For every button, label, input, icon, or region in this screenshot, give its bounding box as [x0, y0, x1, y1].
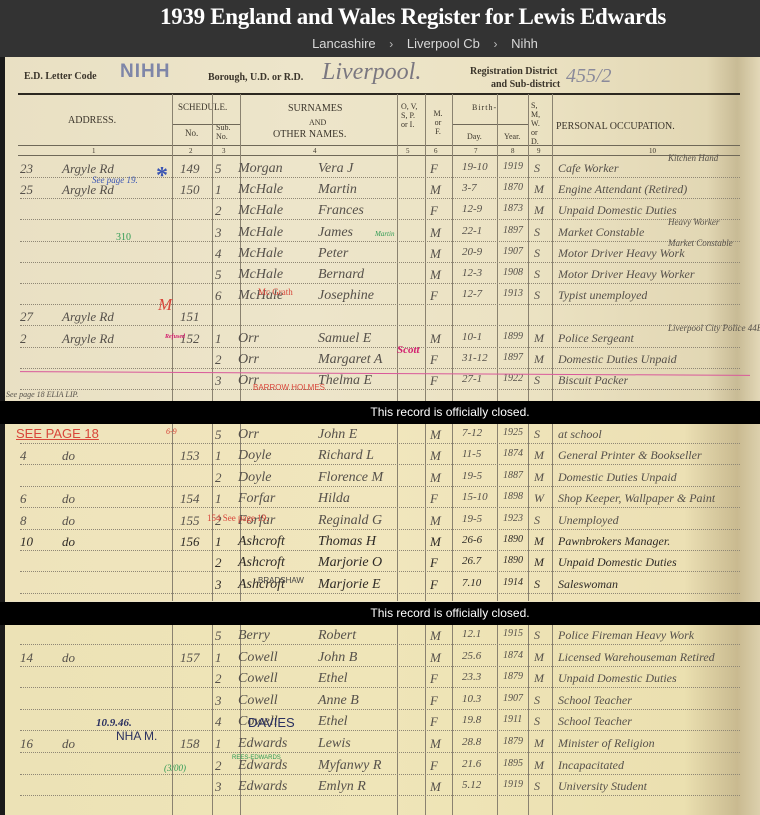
col-surnames: SURNAMES [288, 103, 342, 114]
birth-day: 7-12 [462, 427, 482, 439]
sex: F [430, 491, 438, 507]
marital-status: S [534, 225, 540, 240]
marital-status: S [534, 628, 540, 643]
birth-year: 1913 [503, 288, 523, 299]
col-ovspi: O, V, S, P. or I. [401, 102, 423, 129]
given-names: Anne B [318, 693, 359, 709]
sub-no: 1 [215, 491, 222, 507]
sub-no: 5 [215, 427, 222, 443]
street: do [62, 448, 75, 464]
given-names: John E [318, 427, 357, 443]
occupation: Market Constable [558, 225, 644, 240]
sub-no: 5 [215, 628, 222, 644]
marital-status: W [534, 491, 544, 506]
surname: Cowell [238, 693, 278, 709]
marital-status: M [534, 352, 544, 367]
date-6-9: 6-9 [166, 427, 177, 436]
sex: M [430, 448, 441, 464]
birth-day: 12-7 [462, 288, 482, 300]
barrow-correction: BARROW HOLMES [253, 383, 325, 392]
registration-value: 455/2 [566, 65, 612, 88]
col-day: Day. [467, 132, 482, 141]
mcgrath-correction: Mc Grath [258, 287, 293, 297]
marital-status: M [534, 534, 544, 549]
marital-status: M [534, 470, 544, 485]
marital-status: S [534, 246, 540, 261]
marital-status: M [534, 331, 544, 346]
occupation-note: Kitchen Hand [668, 153, 718, 163]
sub-no: 2 [215, 758, 222, 774]
birth-day: 25.6 [462, 650, 481, 662]
birth-day: 10-1 [462, 331, 482, 343]
birth-year: 1915 [503, 628, 523, 639]
given-names: Vera J [318, 161, 353, 177]
given-names: Peter [318, 246, 348, 262]
surname: McHale [238, 182, 283, 198]
star-mark: * [156, 163, 168, 190]
register-image[interactable]: E.D. Letter Code NIHH Borough, U.D. or R… [0, 57, 760, 815]
occupation: Unpaid Domestic Duties [558, 203, 677, 218]
ed-code-stamp: NIHH [120, 61, 170, 83]
schedule-no: 150 [180, 182, 200, 198]
sub-no: 3 [215, 373, 222, 389]
birth-day: 26.7 [462, 555, 481, 567]
see-page-18-note: See page 18 ELIA LIP. [6, 390, 78, 399]
sex: M [430, 736, 441, 752]
ref-3-00: (3/00) [164, 763, 186, 773]
addr-number: 4 [20, 448, 27, 464]
sex: M [430, 650, 441, 666]
marital-status: S [534, 693, 540, 708]
surname: McHale [238, 203, 283, 219]
marital-status: S [534, 779, 540, 794]
closed-record-banner: This record is officially closed. [0, 602, 760, 625]
registration-label-1: Registration District [470, 66, 557, 77]
birth-year: 1890 [503, 534, 523, 545]
sex: F [430, 161, 438, 177]
marital-status: S [534, 161, 540, 176]
given-names: Emlyn R [318, 779, 366, 795]
marital-status: M [534, 650, 544, 665]
nha-note: NHA M. [116, 729, 157, 743]
surname: Ashcroft [238, 555, 285, 571]
marital-status: M [534, 182, 544, 197]
col-sex: M. or F. [431, 109, 445, 136]
marital-status: M [534, 555, 544, 570]
given-names: James [318, 225, 353, 241]
occupation: Cafe Worker [558, 161, 619, 176]
birth-day: 28.8 [462, 736, 481, 748]
breadcrumb-county[interactable]: Lancashire [312, 36, 376, 51]
birth-day: 19.8 [462, 714, 481, 726]
sex: M [430, 470, 441, 486]
given-names: Thomas H [318, 534, 376, 550]
surname: Edwards [238, 736, 287, 752]
given-names: Ethel [318, 671, 348, 687]
sex: M [430, 534, 441, 550]
marital-status: S [534, 714, 540, 729]
birth-day: 27-1 [462, 373, 482, 385]
sex: F [430, 714, 438, 730]
birth-year: 1907 [503, 693, 523, 704]
birth-day: 22-1 [462, 225, 482, 237]
occupation-note: Liverpool City Police 44E [668, 323, 760, 333]
occupation: Unemployed [558, 513, 619, 528]
schedule-no: 154 [180, 491, 200, 507]
col-schedule: SCHEDULE. [178, 102, 227, 112]
marital-status: S [534, 288, 540, 303]
marital-status: M [534, 448, 544, 463]
birth-day: 19-5 [462, 513, 482, 525]
given-names: Robert [318, 628, 356, 644]
sub-no: 2 [215, 555, 222, 571]
breadcrumb-ed: Nihh [511, 36, 538, 51]
birth-year: 1914 [503, 577, 523, 588]
occupation: Unpaid Domestic Duties [558, 555, 677, 570]
occupation: Incapacitated [558, 758, 624, 773]
breadcrumb-district[interactable]: Liverpool Cb [407, 36, 480, 51]
sub-no: 2 [215, 203, 222, 219]
occupation: Minister of Religion [558, 736, 655, 751]
see-page-note: See page 19. [92, 175, 138, 185]
col-birth: Birth- [472, 103, 497, 112]
code-310: 310 [116, 232, 131, 243]
occupation: Police Sergeant [558, 331, 634, 346]
sex: M [430, 267, 441, 283]
col-schedule-no: No. [185, 128, 198, 138]
schedule-no: 149 [180, 161, 200, 177]
occupation: Domestic Duties Unpaid [558, 352, 677, 367]
street: do [62, 650, 75, 666]
sub-no: 2 [215, 671, 222, 687]
sub-no: 2 [215, 470, 222, 486]
closed-record-banner: This record is officially closed. [0, 401, 760, 424]
scott-note: Scott [397, 344, 420, 356]
surname: Orr [238, 427, 259, 443]
occupation: at school [558, 427, 602, 442]
strike-line [20, 371, 750, 376]
schedule-no: 153 [180, 448, 200, 464]
sex: F [430, 555, 438, 571]
sex: F [430, 352, 438, 368]
given-names: Myfanwy R [318, 758, 381, 774]
sub-no: 3 [215, 225, 222, 241]
sex: F [430, 693, 438, 709]
birth-year: 1907 [503, 246, 523, 257]
sex: F [430, 373, 438, 389]
sex: F [430, 671, 438, 687]
birth-year: 1897 [503, 352, 523, 363]
addr-number: 25 [20, 182, 33, 198]
marital-status: S [534, 577, 540, 592]
given-names: Reginald G [318, 513, 382, 529]
sex: F [430, 203, 438, 219]
schedule-no: 155 [180, 513, 200, 529]
date-note: 10.9.46. [96, 717, 132, 729]
birth-year: 1919 [503, 161, 523, 172]
birth-day: 3-7 [462, 182, 477, 194]
street: Argyle Rd [62, 331, 114, 347]
sub-no: 3 [215, 693, 222, 709]
surname: McHale [238, 267, 283, 283]
surname: Orr [238, 331, 259, 347]
addr-number: 8 [20, 513, 27, 529]
addr-number: 14 [20, 650, 33, 666]
marital-status: M [534, 758, 544, 773]
sub-no: 1 [215, 736, 222, 752]
surname: Cowell [238, 650, 278, 666]
schedule-no: 156 [180, 534, 200, 550]
birth-day: 15-10 [462, 491, 488, 503]
marital-status: S [534, 373, 540, 388]
sub-no: 4 [215, 246, 222, 262]
addr-number: 16 [20, 736, 33, 752]
birth-day: 12-9 [462, 203, 482, 215]
marital-status: S [534, 513, 540, 528]
given-names: Frances [318, 203, 364, 219]
street: do [62, 736, 75, 752]
marital-status: M [534, 203, 544, 218]
given-names: Ethel [318, 714, 348, 730]
birth-day: 7.10 [462, 577, 481, 589]
addr-number: 2 [20, 331, 27, 347]
sub-no: 5 [215, 161, 222, 177]
bradshaw-correction: BRADSHAW [258, 576, 304, 585]
given-names: Samuel E [318, 331, 371, 347]
surname: Berry [238, 628, 270, 644]
birth-year: 1919 [503, 779, 523, 790]
marital-status: M [534, 671, 544, 686]
sex: M [430, 427, 441, 443]
birth-day: 26-6 [462, 534, 482, 546]
marital-status: S [534, 267, 540, 282]
occupation: School Teacher [558, 693, 632, 708]
page-title: 1939 England and Wales Register for Lewi… [150, 4, 760, 30]
birth-day: 12-3 [462, 267, 482, 279]
birth-year: 1874 [503, 650, 523, 661]
birth-year: 1890 [503, 555, 523, 566]
birth-year: 1923 [503, 513, 523, 524]
surname: Doyle [238, 470, 271, 486]
occupation: Biscuit Packer [558, 373, 628, 388]
occupation: Domestic Duties Unpaid [558, 470, 677, 485]
sex: M [430, 331, 441, 347]
sex: F [430, 288, 438, 304]
col-address: ADDRESS. [68, 115, 116, 126]
sub-no: 3 [215, 577, 222, 593]
surname: McHale [238, 246, 283, 262]
birth-day: 31-12 [462, 352, 488, 364]
sex: M [430, 246, 441, 262]
rees-edwards-correction: REES-EDWARDS [232, 755, 281, 761]
occupation: Unpaid Domestic Duties [558, 671, 677, 686]
addr-number: 23 [20, 161, 33, 177]
addr-number: 6 [20, 491, 27, 507]
birth-year: 1887 [503, 470, 523, 481]
occupation: Motor Driver Heavy Worker [558, 267, 695, 282]
sex: M [430, 779, 441, 795]
chevron-right-icon: › [494, 37, 498, 51]
birth-day: 10.3 [462, 693, 481, 705]
surname: Cowell [238, 671, 278, 687]
birth-day: 21.6 [462, 758, 481, 770]
chevron-right-icon: › [389, 37, 393, 51]
sex: M [430, 628, 441, 644]
birth-day: 20-9 [462, 246, 482, 258]
birth-year: 1879 [503, 736, 523, 747]
surname: Ashcroft [238, 534, 285, 550]
col-occupation: PERSONAL OCCUPATION. [556, 121, 675, 132]
occupation: Engine Attendant (Retired) [558, 182, 687, 197]
sub-no: 1 [215, 448, 222, 464]
birth-day: 5.12 [462, 779, 481, 791]
given-names: John B [318, 650, 357, 666]
birth-year: 1899 [503, 331, 523, 342]
given-names: Richard L [318, 448, 374, 464]
street: do [62, 513, 75, 529]
col-schedule-sub: Sub. No. [216, 123, 232, 141]
borough-value: Liverpool. [322, 59, 421, 86]
occupation: Police Fireman Heavy Work [558, 628, 694, 643]
given-names: Josephine [318, 288, 374, 304]
occupation: Saleswoman [558, 577, 618, 592]
col-year: Year. [504, 132, 520, 141]
birth-day: 19-10 [462, 161, 488, 173]
occupation: School Teacher [558, 714, 632, 729]
birth-day: 19-5 [462, 470, 482, 482]
birth-year: 1879 [503, 671, 523, 682]
sex: F [430, 758, 438, 774]
refused-note: Refused [165, 334, 185, 340]
sub-no: 4 [215, 714, 222, 730]
birth-year: 1908 [503, 267, 523, 278]
sex: M [430, 513, 441, 529]
street: do [62, 491, 75, 507]
surname: Morgan [238, 161, 283, 177]
col-status: S, M, W. or D. [531, 101, 545, 146]
given-names: Florence M [318, 470, 383, 486]
sub-no: 1 [215, 650, 222, 666]
sub-no: 6 [215, 288, 222, 304]
surname: McHale [238, 225, 283, 241]
street: do [62, 534, 75, 550]
record-header: 1939 England and Wales Register for Lewi… [0, 0, 760, 57]
given-names: Bernard [318, 267, 364, 283]
schedule-no: 157 [180, 650, 200, 666]
surname: Orr [238, 352, 259, 368]
occupation: General Printer & Bookseller [558, 448, 702, 463]
see-page-19-red: 154 See page 19. [207, 513, 268, 523]
given-names: Hilda [318, 491, 350, 507]
occupation: Typist unemployed [558, 288, 647, 303]
sex: M [430, 182, 441, 198]
occupation-note: Market Constable [668, 238, 733, 248]
birth-year: 1925 [503, 427, 523, 438]
sub-no: 1 [215, 331, 222, 347]
surname: Edwards [238, 779, 287, 795]
addr-number: 27 [20, 309, 33, 325]
birth-year: 1870 [503, 182, 523, 193]
martin-note: Martin [375, 230, 394, 238]
given-names: Marjorie E [318, 577, 381, 593]
surname: Doyle [238, 448, 271, 464]
birth-year: 1874 [503, 448, 523, 459]
occupation: Pawnbrokers Manager. [558, 534, 670, 549]
occupation: Shop Keeper, Wallpaper & Paint [558, 491, 715, 506]
sex: F [430, 577, 438, 593]
given-names: Marjorie O [318, 555, 382, 571]
given-names: Thelma E [318, 373, 372, 389]
birth-day: 11-5 [462, 448, 481, 460]
schedule-no: 158 [180, 736, 200, 752]
birth-day: 12.1 [462, 628, 481, 640]
sex: M [430, 225, 441, 241]
occupation: Motor Driver Heavy Work [558, 246, 685, 261]
registration-label-2: and Sub-district [491, 79, 560, 90]
occupation-note: Heavy Worker [668, 217, 719, 227]
birth-year: 1897 [503, 225, 523, 236]
breadcrumb: Lancashire › Liverpool Cb › Nihh [0, 36, 760, 51]
sub-no: 5 [215, 267, 222, 283]
birth-year: 1873 [503, 203, 523, 214]
given-names: Margaret A [318, 352, 382, 368]
m-mark: M [158, 295, 172, 315]
sub-no: 1 [215, 182, 222, 198]
sub-no: 1 [215, 534, 222, 550]
addr-number: 10 [20, 534, 33, 550]
davies-correction: DAVIES [248, 715, 295, 730]
occupation: University Student [558, 779, 647, 794]
birth-year: 1911 [503, 714, 522, 725]
surname: Forfar [238, 491, 275, 507]
given-names: Lewis [318, 736, 351, 752]
occupation: Licensed Warehouseman Retired [558, 650, 715, 665]
marital-status: S [534, 427, 540, 442]
birth-year: 1895 [503, 758, 523, 769]
see-page-18-cap: SEE PAGE 18 [16, 426, 99, 441]
borough-label: Borough, U.D. or R.D. [208, 72, 303, 83]
sub-no: 2 [215, 352, 222, 368]
schedule-no: 151 [180, 309, 200, 325]
ed-code-label: E.D. Letter Code [24, 71, 97, 82]
birth-day: 23.3 [462, 671, 481, 683]
birth-year: 1898 [503, 491, 523, 502]
sub-no: 3 [215, 779, 222, 795]
marital-status: M [534, 736, 544, 751]
given-names: Martin [318, 182, 357, 198]
street: Argyle Rd [62, 309, 114, 325]
